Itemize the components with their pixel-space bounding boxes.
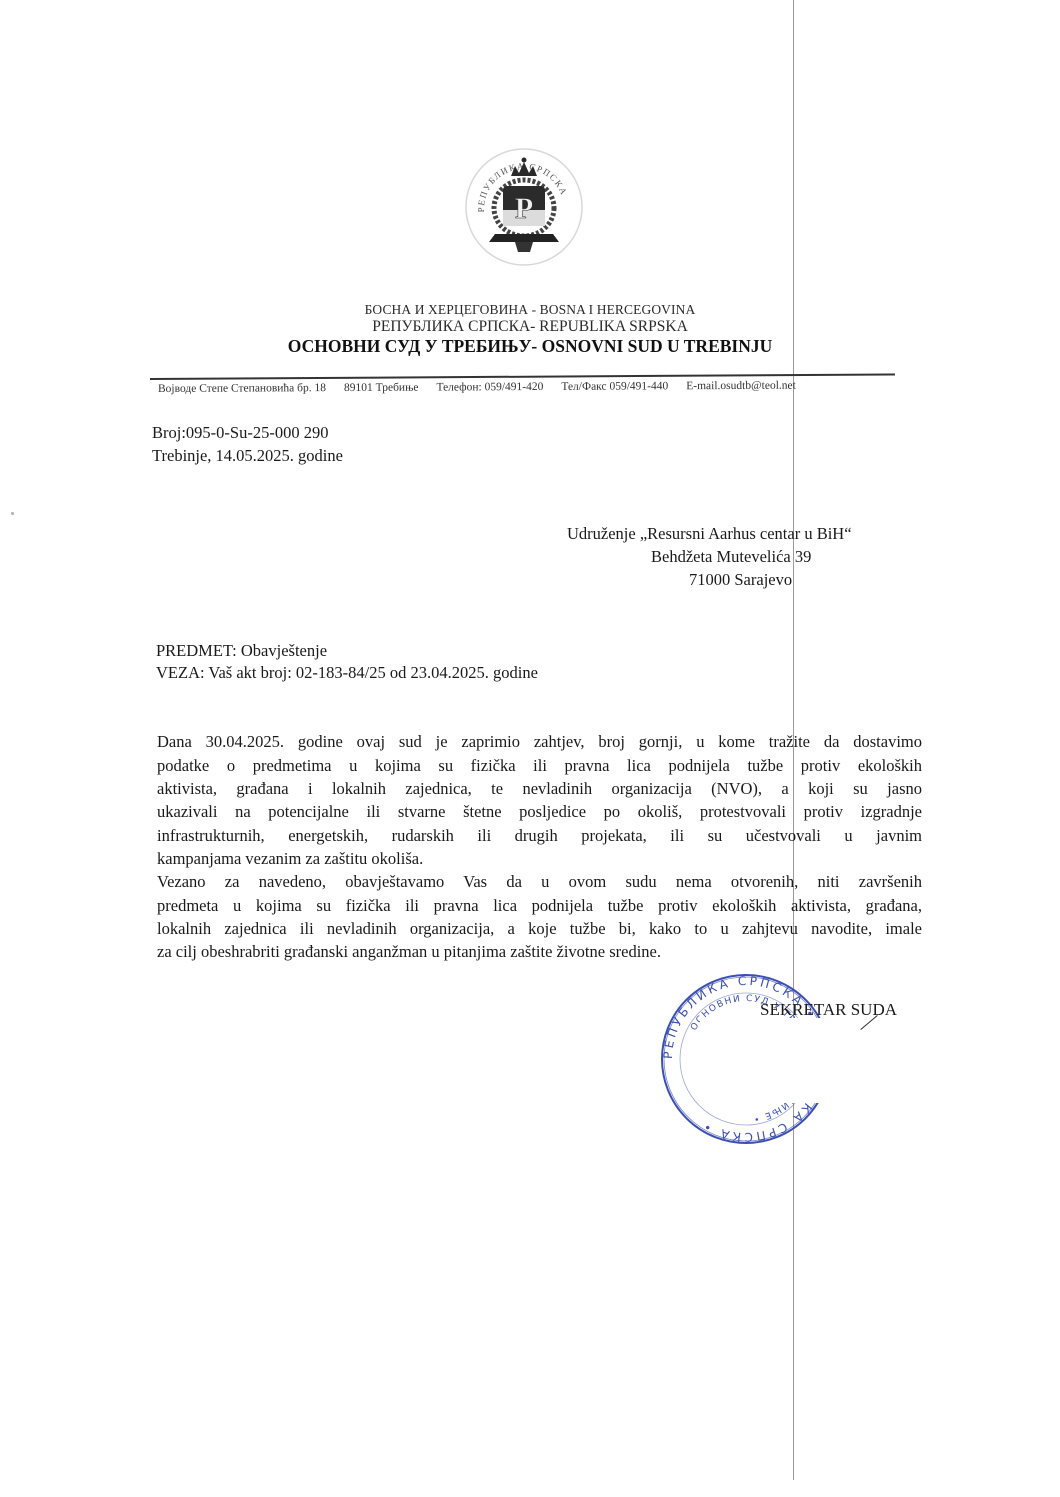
body-line: predmeta u kojima su fizička ili pravna …: [157, 896, 922, 916]
reference-number: Broj:095-0-Su-25-000 290: [152, 423, 328, 443]
body-line: infrastrukturnih, energetskih, rudarskih…: [157, 826, 922, 846]
body-line: aktivista, građana i lokalnih zajednica,…: [157, 779, 922, 799]
contact-phone: Телефон: 059/491-420: [436, 381, 543, 394]
coat-of-arms-icon: РЕПУБЛИКА СРПСКА Р: [463, 146, 585, 268]
recipient-city: 71000 Sarajevo: [689, 570, 792, 590]
signatory-title: SEKRETAR SUDA: [760, 1000, 897, 1020]
body-line: Dana 30.04.2025. godine ovaj sud je zapr…: [157, 732, 922, 752]
place-date: Trebinje, 14.05.2025. godine: [152, 446, 343, 466]
recipient-street: Behdžeta Mutevelića 39: [651, 547, 811, 567]
reference-link-line: VEZA: Vaš akt broj: 02-183-84/25 od 23.0…: [156, 663, 538, 683]
svg-text:Р: Р: [515, 192, 533, 225]
body-line: za cilj obeshrabriti građanski anganžman…: [157, 942, 922, 962]
court-stamp-icon: РЕПУБЛИКА СРПСКА • РЕПУБЛИКА СРПСКА • ОС…: [660, 973, 832, 1145]
contact-email[interactable]: E-mail.osudtb@teol.net: [686, 380, 796, 393]
body-line: kampanjama vezanim za zaštitu okoliša.: [157, 849, 922, 869]
body-line: Vezano za navedeno, obavještavamo Vas da…: [157, 872, 922, 892]
scan-artifact-dot: [11, 512, 14, 515]
contact-address: Војводе Степе Степановића бр. 18: [158, 382, 326, 395]
body-line: ukazivali na potencijalne ili stvarne št…: [157, 802, 922, 822]
body-line: lokalnih zajednica ili nevladinih organi…: [157, 919, 922, 939]
subject-line: PREDMET: Obavještenje: [156, 641, 327, 661]
body-line: podatke o predmetima u kojima su fizička…: [157, 756, 922, 776]
letterhead-country: БОСНА И ХЕРЦЕГОВИНА - BOSNA I HERCEGOVIN…: [250, 302, 810, 318]
contact-fax: Тел/Факс 059/491-440: [561, 380, 668, 393]
contact-city: 89101 Требиње: [344, 382, 419, 394]
letterhead-entity: РЕПУБЛИКА СРПСКА- REPUBLIKA SRPSKA: [250, 318, 810, 336]
recipient-name: Udruženje „Resursni Aarhus centar u BiH“: [567, 524, 852, 544]
letterhead-court-name: ОСНОВНИ СУД У ТРЕБИЊУ- OSNOVNI SUD U TRE…: [250, 336, 810, 357]
letterhead-contact: Војводе Степе Степановића бр. 1889101 Тр…: [158, 380, 814, 395]
